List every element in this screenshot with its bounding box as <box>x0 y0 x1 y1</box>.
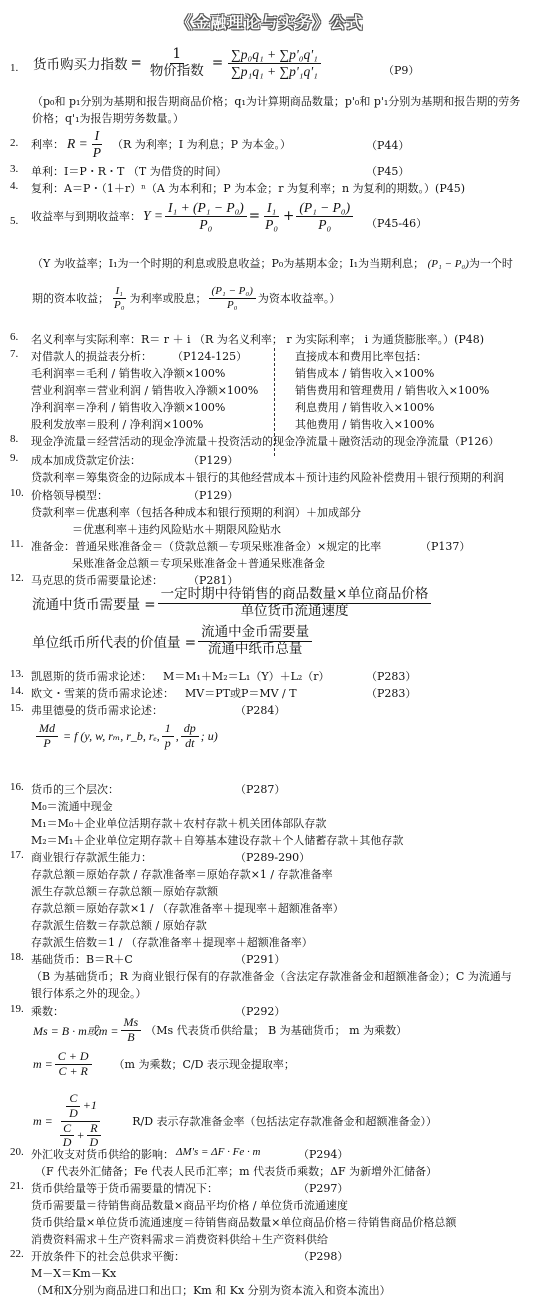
formula: ΔM's = ΔF · Fe · m <box>176 1146 260 1158</box>
fraction: dpdt <box>181 722 199 751</box>
document-title: 《金融理论与实务》公式 <box>0 10 540 33</box>
section-heading: 直接成本和费用比率包括： <box>295 348 427 364</box>
lhs: m = <box>33 1057 53 1072</box>
item-number: 20. <box>10 1146 24 1158</box>
page-ref: （P9） <box>383 62 419 78</box>
ratio-line: 销售费用和管理费用 / 销售收入×100% <box>295 382 489 398</box>
fraction: MsB <box>121 1016 142 1045</box>
ratio-line: 股利发放率＝股利 / 净利润×100% <box>31 416 203 432</box>
fraction: ∑p₀q₁ + ∑p'₀q'₁∑p₁q₁ + ∑p'₁q'₁ <box>228 47 321 79</box>
item-number: 6. <box>10 331 18 343</box>
note: 价格；q'₁为报告期劳务数量。） <box>32 110 184 126</box>
rhs-tail: ; u) <box>201 729 218 744</box>
formula-net-cash-flow: 现金净流量＝经营活动的现金净流量＋投资活动的现金净流量＋融资活动的现金净流量（P… <box>31 433 499 449</box>
fraction: C + DC + R <box>55 1050 92 1079</box>
section-heading: 基础货币：B＝R＋C <box>31 951 133 967</box>
numerator: Ms <box>121 1016 142 1031</box>
page-ref: （P283） <box>366 685 416 701</box>
formula-interest-rate: 利率： R = IP （R 为利率；I 为利息；P 为本金。） <box>31 128 291 160</box>
section-heading: 开放条件下的社会总供求平衡： <box>31 1248 185 1264</box>
formula-yield: 收益率与到期收益率： Y = I₁ + (P₁ − P₀)P₀ = I₁P₀ +… <box>31 200 355 232</box>
numerator: I₁ + (P₁ − P₀) <box>165 200 247 217</box>
numerator: C <box>60 1122 74 1137</box>
fraction: IP <box>90 128 104 160</box>
note: 银行体系之外的现金。） <box>31 985 147 1001</box>
formula-friedman: MdP = f (y, w, rₘ, r_b, rₑ, 1p, dpdt ; u… <box>34 722 218 751</box>
formula-label: 货币购买力指数 <box>33 53 128 73</box>
note-formula: (P₁ − P₀) <box>428 258 469 270</box>
numerator: I₁ <box>113 285 127 299</box>
formula-line: M₂＝M₁＋企业单位定期存款＋自筹基本建设存款＋个人储蓄存款＋其他存款 <box>31 832 403 848</box>
page-ref: （P44） <box>366 137 409 153</box>
note-text: 为一个时 <box>469 257 513 270</box>
formula-line: 准备金：普通呆账准备金＝（贷款总额－专项呆账准备金）×规定的比率 <box>31 538 381 554</box>
item-number: 13. <box>10 668 24 680</box>
note-text: 期的资本收益； <box>32 290 109 306</box>
note-text: （Y 为收益率；I₁为一个时期的利息或股息收益；P₀为基期本金；I₁为当期利息； <box>32 257 424 270</box>
fraction: I₁P₀ <box>262 200 281 232</box>
ratio-line: 毛利润率＝毛利 / 销售收入净额×100% <box>31 365 225 381</box>
note: 期的资本收益； I₁P₀ 为利率或股息； (P₁ − P₀)P₀ 为资本收益率。… <box>32 285 340 311</box>
formula-nominal-real-rate: 名义利率与实际利率：R＝ r ＋ i （R 为名义利率； r 为实际利率； i … <box>31 331 484 347</box>
plus-one: +1 <box>83 1099 97 1113</box>
page-ref: （P287） <box>235 781 285 797</box>
formula-line: 贷款利率＝筹集资金的边际成本＋银行的其他经营成本＋预计违约风险补偿费用＋银行预期… <box>31 469 504 485</box>
fraction: 1物价指数 <box>147 47 207 79</box>
equals: = <box>212 55 223 71</box>
equals: = <box>131 55 142 71</box>
item-number: 15. <box>10 702 24 714</box>
formula-multiplier-cd: m = C + DC + R （m 为乘数；C/D 表示现金提取率； <box>33 1050 295 1079</box>
denominator: P₀ <box>224 299 241 312</box>
numerator: (P₁ − P₀) <box>209 285 256 299</box>
lhs: Y = <box>143 208 163 224</box>
item-number: 2. <box>10 137 18 149</box>
formula-line: 贷款利率＝优惠利率（包括各种成本和银行预期的利润）＋加成部分 <box>31 504 361 520</box>
item-number: 1. <box>10 62 18 74</box>
note: （Y 为收益率；I₁为一个时期的利息或股息收益；P₀为基期本金；I₁为当期利息；… <box>32 255 513 271</box>
numerator: dp <box>181 722 199 737</box>
page-ref: （P284） <box>235 702 285 718</box>
rhs: = f (y, w, rₘ, r_b, rₑ, <box>63 729 160 744</box>
formula-paper-money-value: 单位纸币所代表的价值量 = 流通中金币需要量流通中纸币总量 <box>32 625 314 657</box>
numerator: 1 <box>170 47 185 64</box>
section-heading: 货币供给量等于货币需要量的情况下： <box>31 1180 218 1196</box>
lhs: Ms = B · m或m = <box>33 1022 119 1039</box>
item-number: 19. <box>10 1003 24 1015</box>
fraction: (P₁ − P₀)P₀ <box>209 285 256 311</box>
numerator: Md <box>36 722 58 737</box>
section-heading: 马克思的货币需要量论述： <box>31 572 163 588</box>
section-heading: 凯恩斯的货币需求论述： <box>31 668 152 684</box>
formula-label: 收益率与到期收益率： <box>31 208 141 224</box>
item-number: 11. <box>10 538 23 550</box>
formula-multiplier-ratio: m = CD+1 CD+RD R/D 表示存款准备金率（包括法定存款准备金和超额… <box>33 1092 437 1150</box>
fraction: I₁P₀ <box>111 285 128 311</box>
item-number: 21. <box>10 1180 24 1192</box>
formula-compound-interest: 复利：A＝P・（1＋r）ⁿ（A 为本利和；P 为本金；r 为复利率；n 为复利的… <box>31 180 465 196</box>
numerator: I₁ <box>264 200 279 217</box>
numerator: C <box>66 1092 80 1107</box>
formula-line: 货币需要量＝待销售商品数量×商品平均价格 / 单位货币流通速度 <box>31 1197 348 1213</box>
item-number: 14. <box>10 685 24 697</box>
formula-line: M－X＝Km－Kx <box>31 1265 116 1281</box>
formula-line: 消费资料需求＋生产资料需求＝消费资料供给＋生产资料供给 <box>31 1231 328 1247</box>
page-ref: （P298） <box>298 1248 348 1264</box>
item-number: 12. <box>10 572 24 584</box>
numerator: CD+1 <box>61 1092 100 1122</box>
ratio-line: 营业利润率＝营业利润 / 销售收入净额×100% <box>31 382 258 398</box>
numerator: (P₁ − P₀) <box>296 200 353 217</box>
numerator: I <box>92 128 103 145</box>
fraction: MdP <box>36 722 58 751</box>
numerator: 1 <box>162 722 174 737</box>
section-heading: 成本加成贷款定价法： <box>31 452 141 468</box>
formula-money-multiplier: Ms = B · m或m = MsB （Ms 代表货币供给量； B 为基础货币；… <box>33 1016 407 1045</box>
denominator: B <box>124 1031 137 1045</box>
lhs: 单位纸币所代表的价值量 = <box>32 631 196 651</box>
formula-line: 存款总额＝原始存款 / 存款准备率＝原始存款×1 / 存款准备率 <box>31 866 333 882</box>
denominator: P₀ <box>315 217 334 233</box>
page-ref: （P129） <box>188 487 238 503</box>
formula-line: 呆账准备金总额＝专项呆账准备金＋普通呆账准备金 <box>72 555 325 571</box>
formula-line: M₁＝M₀＋企业单位活期存款＋农村存款＋机关团体部队存款 <box>31 815 326 831</box>
page-ref: （P124-125） <box>172 348 247 364</box>
fraction: CD <box>66 1092 81 1121</box>
description: R/D 表示存款准备金率（包括法定存款准备金和超额准备金）） <box>132 1113 437 1129</box>
page-ref: （P45-46） <box>366 215 427 231</box>
item-number: 10. <box>10 487 24 499</box>
description: （Ms 代表货币供给量； B 为基础货币； m 为乘数） <box>145 1022 407 1038</box>
note: （M和X分别为商品进口和出口；Km 和 Kx 分别为资本流入和资本流出） <box>31 1282 391 1298</box>
formula-label: 利率： <box>31 136 64 152</box>
fraction: I₁ + (P₁ − P₀)P₀ <box>165 200 247 232</box>
item-number: 5. <box>10 215 18 227</box>
item-number: 7. <box>10 348 18 360</box>
ratio-line: 利息费用 / 销售收入×100% <box>295 399 434 415</box>
section-heading: 对借款人的损益表分析： <box>31 348 152 364</box>
lhs: m = <box>33 1114 53 1129</box>
denominator: p <box>162 737 174 751</box>
fraction: 一定时期中待销售的商品数量×单位商品价格单位货币流通速度 <box>158 587 432 619</box>
denominator: dt <box>182 737 197 751</box>
note-text: 为利率或股息； <box>130 290 207 306</box>
denominator: ∑p₁q₁ + ∑p'₁q'₁ <box>228 64 321 80</box>
item-number: 3. <box>10 163 18 175</box>
section-heading: 弗里德曼的货币需求论述： <box>31 702 163 718</box>
ratio-line: 销售成本 / 销售收入×100% <box>295 365 434 381</box>
formula: MV＝PT或P＝MV / T <box>185 685 297 701</box>
formula-line: ＝优惠利率＋违约风险贴水＋期限风险贴水 <box>72 521 281 537</box>
page-ref: （P129） <box>188 452 238 468</box>
page-ref: （P283） <box>366 668 416 684</box>
page-ref: （P294） <box>298 1146 348 1162</box>
item-number: 16. <box>10 781 24 793</box>
ratio-line: 其他费用 / 销售收入×100% <box>295 416 434 432</box>
section-heading: 欧文・雪莱的货币需求论述： <box>31 685 174 701</box>
section-heading: 货币的三个层次： <box>31 781 119 797</box>
formula-line: M₀＝流通中现金 <box>31 798 113 814</box>
note: （p₀和 p₁分别为基期和报告期商品价格；q₁为计算期商品数量；p'₀和 p'₁… <box>32 93 520 109</box>
fraction: 1p <box>162 722 174 751</box>
denominator: P <box>90 145 104 161</box>
formula-line: 存款总额＝原始存款×1 / （存款准备率＋提现率＋超额准备率） <box>31 900 344 916</box>
denominator: C + R <box>55 1065 90 1079</box>
formula-line: 派生存款总额＝存款总额－原始存款额 <box>31 883 218 899</box>
denominator: P₀ <box>111 299 128 312</box>
page-ref: （P291） <box>235 951 285 967</box>
item-number: 9. <box>10 452 18 464</box>
fraction: (P₁ − P₀)P₀ <box>296 200 353 232</box>
description: （R 为利率；I 为利息；P 为本金。） <box>112 136 291 152</box>
formula-line: 货币供给量×单位货币流通速度＝待销售商品数量×单位商品价格＝待销售商品价格总额 <box>31 1214 456 1230</box>
denominator: P <box>40 737 53 751</box>
section-heading: 商业银行存款派生能力： <box>31 849 152 865</box>
formula-purchasing-power: 货币购买力指数 = 1物价指数 = ∑p₀q₁ + ∑p'₀q'₁∑p₁q₁ +… <box>33 47 323 79</box>
section-heading: 外汇收支对货币供给的影响： <box>31 1146 174 1162</box>
denominator: D <box>66 1107 81 1121</box>
note: （F 代表外汇储备；Fe 代表人民币汇率；m 代表货币乘数；ΔF 为新增外汇储备… <box>35 1163 437 1179</box>
description: （m 为乘数；C/D 表示现金提取率； <box>114 1056 295 1072</box>
denominator: 物价指数 <box>147 64 207 80</box>
numerator: ∑p₀q₁ + ∑p'₀q'₁ <box>228 47 321 64</box>
item-number: 22. <box>10 1248 24 1260</box>
page-ref: （P297） <box>298 1180 348 1196</box>
section-heading: 价格领导模型： <box>31 487 108 503</box>
item-number: 8. <box>10 433 18 445</box>
numerator: 一定时期中待销售的商品数量×单位商品价格 <box>158 587 432 604</box>
formula-simple-interest: 单利：I＝P・R・T （T 为借贷的时间） <box>31 163 227 179</box>
formula: M＝M₁＋M₂＝L₁（Y）＋L₂（r） <box>163 668 330 684</box>
fraction: CD+1 CD+RD <box>55 1092 106 1150</box>
denominator: P₀ <box>262 217 281 233</box>
item-number: 4. <box>10 180 18 192</box>
lhs: R = <box>67 136 88 152</box>
numerator: C + D <box>55 1050 92 1065</box>
item-number: 18. <box>10 951 24 963</box>
note-text: 为资本收益率。） <box>258 290 341 306</box>
item-number: 17. <box>10 849 24 861</box>
note: （B 为基础货币；R 为商业银行保有的存款准备金（含法定存款准备金和超额准备金）… <box>31 968 512 984</box>
ratio-line: 净利润率＝净利 / 销售收入净额×100% <box>31 399 225 415</box>
formula-line: 存款派生倍数＝1 / （存款准备率＋提现率＋超额准备率） <box>31 934 313 950</box>
numerator: 流通中金币需要量 <box>198 625 312 642</box>
page-ref: （P289-290） <box>235 849 310 865</box>
denominator: P₀ <box>196 217 215 233</box>
page-ref: （P137） <box>420 538 470 554</box>
denominator: 流通中纸币总量 <box>205 642 306 658</box>
formula-line: 存款派生倍数＝存款总额 / 原始存款 <box>31 917 207 933</box>
numerator: R <box>87 1122 100 1137</box>
page-ref: （P45） <box>366 163 409 179</box>
formula-marx-demand: 流通中货币需要量 = 一定时期中待销售的商品数量×单位商品价格单位货币流通速度 <box>32 587 433 619</box>
denominator: 单位货币流通速度 <box>238 604 352 620</box>
lhs: 流通中货币需要量 = <box>32 593 156 613</box>
fraction: 流通中金币需要量流通中纸币总量 <box>198 625 312 657</box>
